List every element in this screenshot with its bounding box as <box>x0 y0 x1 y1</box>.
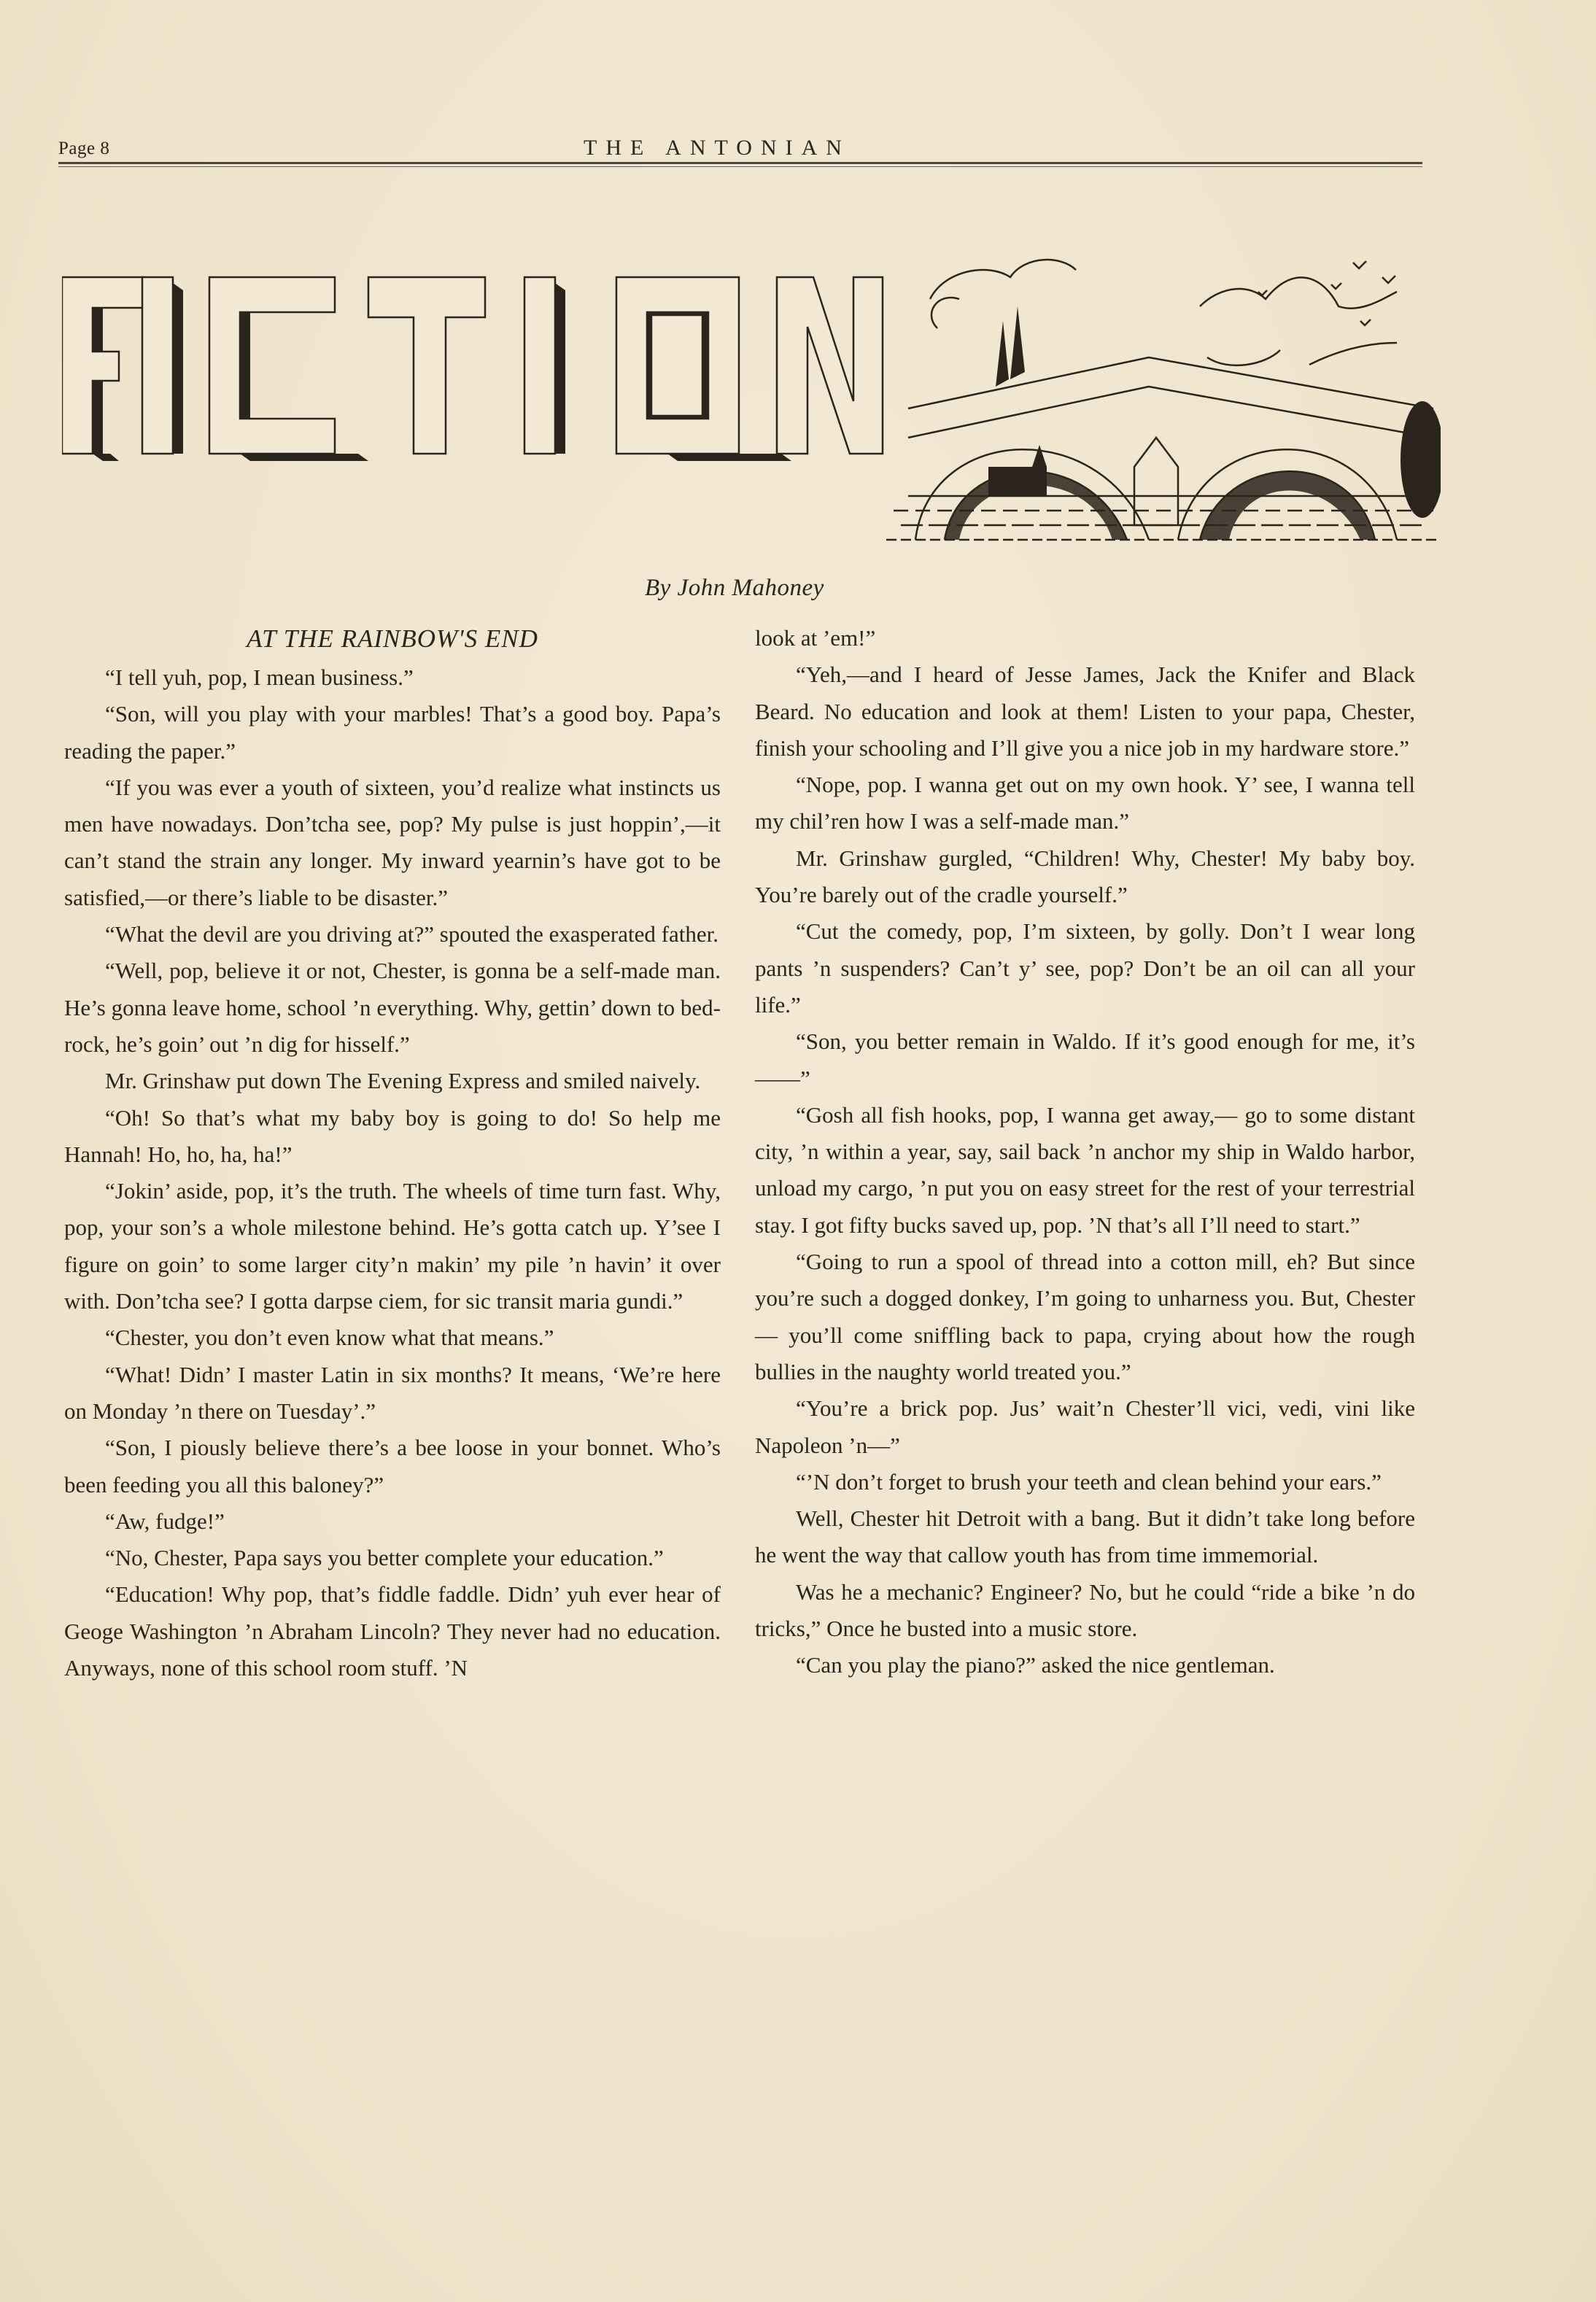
paragraph: “No, Chester, Papa says you better compl… <box>64 1540 721 1576</box>
paragraph: “Cut the comedy, pop, I’m sixteen, by go… <box>755 913 1415 1023</box>
paragraph: Mr. Grinshaw gurgled, “Children! Why, Ch… <box>755 840 1415 914</box>
paragraph: Was he a mechanic? Engineer? No, but he … <box>755 1574 1415 1648</box>
page-number: Page 8 <box>58 139 109 159</box>
bridge-illustration <box>886 233 1441 547</box>
paragraph: “Son, will you play with your marbles! T… <box>64 696 721 770</box>
paragraph: “Jokin’ aside, pop, it’s the truth. The … <box>64 1173 721 1319</box>
paragraph: “Chester, you don’t even know what that … <box>64 1319 721 1356</box>
paragraph: “Gosh all fish hooks, pop, I wanna get a… <box>755 1097 1415 1244</box>
paragraph: “You’re a brick pop. Jus’ wait’n Chester… <box>755 1390 1415 1464</box>
header-rule-thin <box>58 166 1422 167</box>
paragraph: “Yeh,—and I heard of Jesse James, Jack t… <box>755 656 1415 767</box>
paragraph: “Well, pop, believe it or not, Chester, … <box>64 953 721 1063</box>
fiction-block-letters-icon <box>62 263 901 467</box>
paragraph: “Aw, fudge!” <box>64 1503 721 1540</box>
byline: By John Mahoney <box>645 575 824 602</box>
section-banner-fiction <box>62 263 901 467</box>
paragraph: look at ’em!” <box>755 620 1415 656</box>
running-header: Page 8 THE ANTONIAN <box>58 136 1422 165</box>
header-rule <box>58 162 1422 164</box>
paragraph: “What the devil are you driving at?” spo… <box>64 916 721 953</box>
paragraph: Well, Chester hit Detroit with a bang. B… <box>755 1500 1415 1574</box>
paragraph: “Can you play the piano?” asked the nice… <box>755 1647 1415 1683</box>
paragraph: “I tell yuh, pop, I mean business.” <box>64 659 721 696</box>
paragraph: “Nope, pop. I wanna get out on my own ho… <box>755 767 1415 840</box>
right-column: look at ’em!” “Yeh,—and I heard of Jesse… <box>755 620 1415 1684</box>
paragraph: “Son, I piously believe there’s a bee lo… <box>64 1430 721 1503</box>
left-column: AT THE RAINBOW'S END “I tell yuh, pop, I… <box>64 620 721 1686</box>
paragraph: “What! Didn’ I master Latin in six month… <box>64 1357 721 1430</box>
paragraph: “Son, you better remain in Waldo. If it’… <box>755 1023 1415 1097</box>
journal-title: THE ANTONIAN <box>584 136 851 160</box>
paragraph: “If you was ever a youth of sixteen, you… <box>64 770 721 916</box>
paragraph: “’N don’t forget to brush your teeth and… <box>755 1464 1415 1500</box>
stone-bridge-icon <box>886 233 1441 547</box>
paragraph: “Education! Why pop, that’s fiddle faddl… <box>64 1576 721 1686</box>
paragraph: Mr. Grinshaw put down The Evening Expres… <box>64 1063 721 1099</box>
newspaper-page: Page 8 THE ANTONIAN <box>0 0 1596 2302</box>
paragraph: “Oh! So that’s what my baby boy is going… <box>64 1100 721 1174</box>
paragraph: “Going to run a spool of thread into a c… <box>755 1244 1415 1390</box>
story-title: AT THE RAINBOW'S END <box>64 620 721 658</box>
